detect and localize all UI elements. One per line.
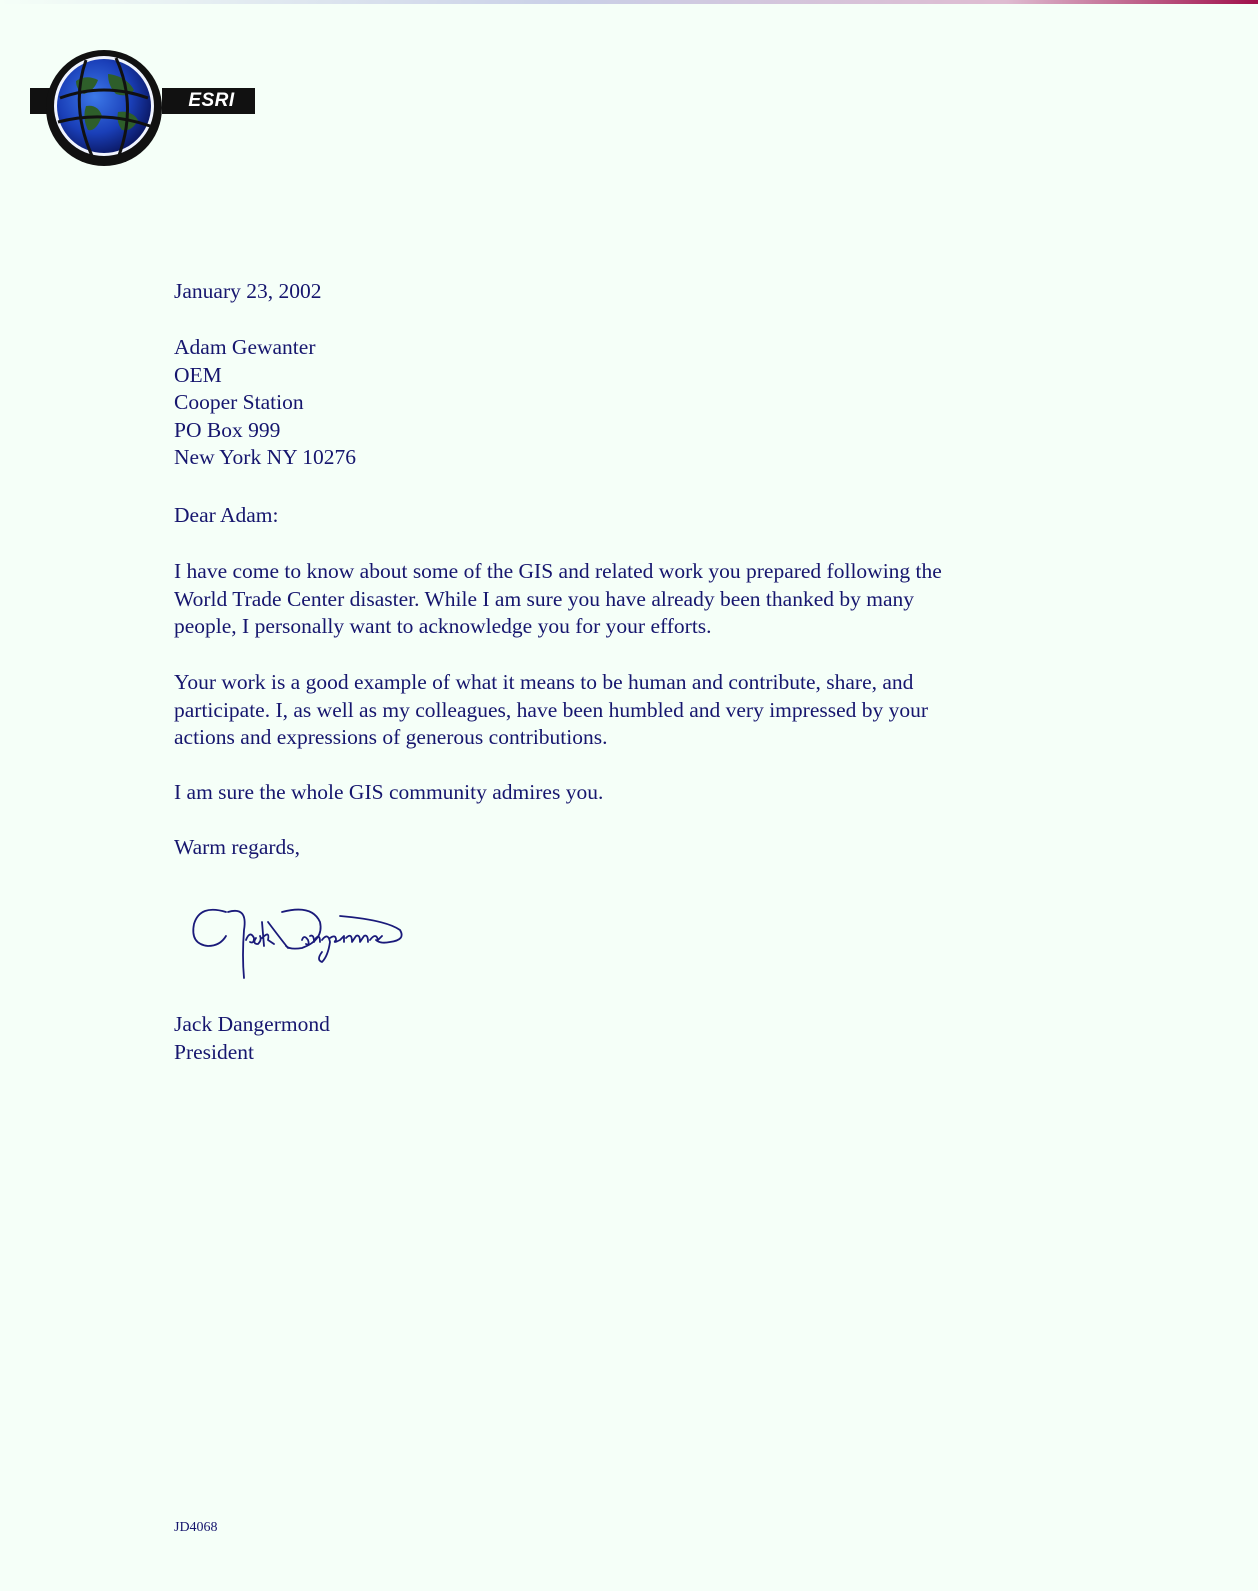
paragraph-line: participate. I, as well as my colleagues… [174, 697, 1034, 725]
signer-name: Jack Dangermond [174, 1010, 330, 1038]
globe-icon [46, 46, 170, 170]
recipient-po-box: PO Box 999 [174, 417, 356, 445]
paragraph-line: people, I personally want to acknowledge… [174, 613, 1054, 641]
handwritten-signature-icon [190, 900, 420, 990]
esri-logo: ESRI [30, 46, 258, 170]
paragraph-community: I am sure the whole GIS community admire… [174, 779, 603, 807]
paragraph-line: I have come to know about some of the GI… [174, 558, 1054, 586]
signer-title: President [174, 1038, 330, 1066]
paragraph-line: actions and expressions of generous cont… [174, 724, 1034, 752]
paragraph-example: Your work is a good example of what it m… [174, 669, 1034, 752]
paragraph-line: I am sure the whole GIS community admire… [174, 779, 603, 807]
letter-date: January 23, 2002 [174, 278, 322, 306]
brand-name: ESRI [162, 88, 255, 114]
recipient-city-state-zip: New York NY 10276 [174, 444, 356, 472]
paragraph-line: World Trade Center disaster. While I am … [174, 586, 1054, 614]
reference-code: JD4068 [174, 1520, 218, 1536]
recipient-organization: OEM [174, 362, 356, 390]
salutation: Dear Adam: [174, 502, 278, 530]
closing: Warm regards, [174, 834, 300, 862]
signer-block: Jack Dangermond President [174, 1010, 330, 1066]
recipient-name: Adam Gewanter [174, 334, 356, 362]
paragraph-acknowledgement: I have come to know about some of the GI… [174, 558, 1054, 641]
paragraph-line: Your work is a good example of what it m… [174, 669, 1034, 697]
recipient-station: Cooper Station [174, 389, 356, 417]
recipient-address: Adam Gewanter OEM Cooper Station PO Box … [174, 334, 356, 472]
page-top-edge [0, 0, 1258, 4]
